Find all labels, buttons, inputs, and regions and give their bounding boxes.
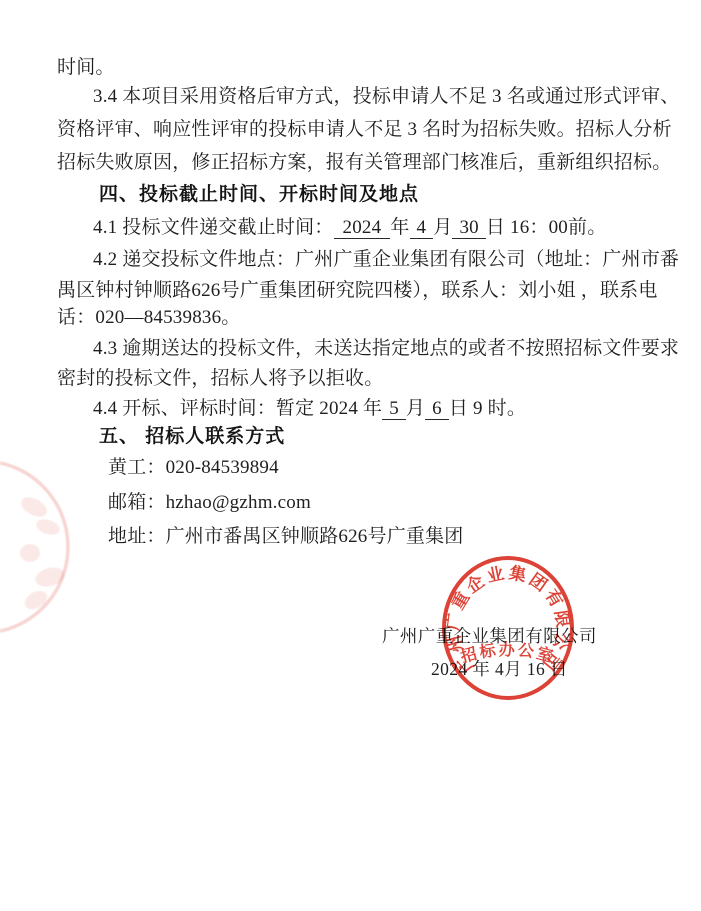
section-4-heading: 四、投标截止时间、开标时间及地点 xyxy=(99,182,419,208)
day-unit-and-time: 日 16：00前。 xyxy=(486,217,607,238)
opening-day-blank: 6 xyxy=(425,398,449,420)
clause-4-4-opening-time: 4.4 开标、评标时间：暂定 2024 年5月6日 9 时。 xyxy=(93,396,526,422)
opening-day-unit: 日 9 时。 xyxy=(449,398,526,419)
company-seal: 广州广重企业集团有限公司 招标办公室 xyxy=(423,540,593,720)
clause-3-4-line1: 3.4 本项目采用资格后审方式，投标申请人不足 3 名或通过形式评审、 xyxy=(93,84,680,110)
month-unit: 月 xyxy=(433,217,452,238)
clause-4-3-line2: 密封的投标文件，招标人将予以拒收。 xyxy=(57,366,383,392)
clause-4-2-line1: 4.2 递交投标文件地点：广州广重企业集团有限公司（地址：广州市番 xyxy=(93,247,679,273)
opening-month-unit: 月 xyxy=(406,398,425,419)
clause-4-2-line3: 话：020—84539836。 xyxy=(57,305,241,331)
clause-4-1-deadline: 4.1 投标文件递交截止时间：2024年4月30日 16：00前。 xyxy=(93,215,606,241)
tender-notice-page: 时间。 3.4 本项目采用资格后审方式，投标申请人不足 3 名或通过形式评审、 … xyxy=(0,0,701,911)
svg-text:招标办公室: 招标办公室 xyxy=(458,641,558,667)
clause-4-3-line1: 4.3 逾期送达的投标文件，未送达指定地点的或者不按照招标文件要求 xyxy=(93,336,679,362)
contact-phone: 黄工：020-84539894 xyxy=(108,455,279,481)
deadline-year-blank: 2024 xyxy=(334,217,391,239)
clause-3-4-line3: 招标失败原因，修正招标方案，报有关管理部门核准后，重新组织招标。 xyxy=(57,150,671,176)
opening-month-blank: 5 xyxy=(382,398,406,420)
paragraph-tail-time: 时间。 xyxy=(57,55,115,81)
seal-department-text: 招标办公室 xyxy=(458,641,558,667)
ghost-stamp-fragment xyxy=(0,435,100,665)
section-5-heading: 五、 招标人联系方式 xyxy=(99,424,285,450)
year-unit: 年 xyxy=(390,217,409,238)
deadline-day-blank: 30 xyxy=(452,217,485,239)
clause-4-1-prefix: 4.1 投标文件递交截止时间： xyxy=(93,217,334,238)
clause-4-2-line2: 禺区钟村钟顺路626号广重集团研究院四楼），联系人：刘小姐 ，联系电 xyxy=(57,278,658,304)
deadline-month-blank: 4 xyxy=(410,217,434,239)
clause-4-4-prefix: 4.4 开标、评标时间：暂定 2024 年 xyxy=(93,398,382,419)
contact-email: 邮箱：hzhao@gzhm.com xyxy=(108,490,311,516)
clause-3-4-line2: 资格评审、响应性评审的投标申请人不足 3 名时为招标失败。招标人分析 xyxy=(57,117,672,143)
contact-address: 地址：广州市番禺区钟顺路626号广重集团 xyxy=(108,524,464,550)
